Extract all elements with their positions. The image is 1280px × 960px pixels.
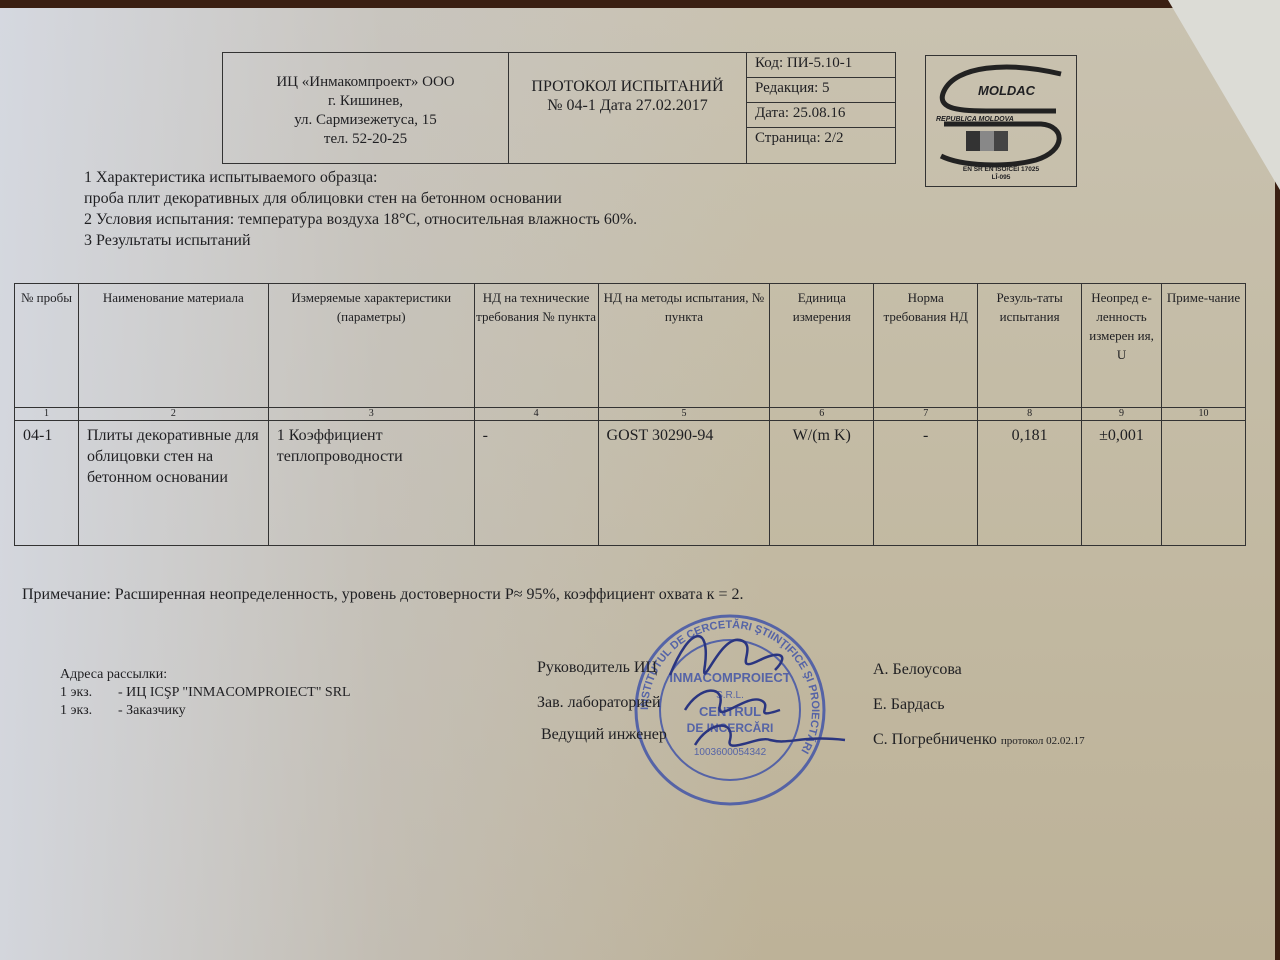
signer-name: С. Погребниченко xyxy=(873,731,997,748)
col-header: Неопред е-ленность измерен ия, U xyxy=(1082,284,1162,408)
doc-page: Страница: 2/2 xyxy=(747,128,895,163)
org-phone: тел. 52-20-25 xyxy=(223,130,508,149)
protocol-number-date: № 04-1 Дата 27.02.2017 xyxy=(509,96,746,115)
col-number: 5 xyxy=(598,408,770,421)
col-number: 2 xyxy=(78,408,268,421)
unit: W/(m K) xyxy=(770,421,874,546)
nd-requirements: - xyxy=(474,421,598,546)
col-number: 1 xyxy=(15,408,79,421)
remark xyxy=(1162,421,1246,546)
signature-role: Руководитель ИЦ xyxy=(537,659,657,677)
org-block: ИЦ «Инмакомпроект» ООО г. Кишинев, ул. С… xyxy=(223,53,509,163)
meta-block: Код: ПИ-5.10-1 Редакция: 5 Дата: 25.08.1… xyxy=(747,53,895,163)
distribution-item: 1 экз.- Заказчику xyxy=(60,702,351,720)
col-number: 6 xyxy=(770,408,874,421)
signer-note: протокол 02.02.17 xyxy=(1001,735,1085,747)
signer-name-with-note: С. Погребниченко протокол 02.02.17 xyxy=(873,731,1085,749)
protocol-header: ИЦ «Инмакомпроект» ООО г. Кишинев, ул. С… xyxy=(222,52,896,164)
sample-number: 04-1 xyxy=(15,421,79,546)
col-number: 3 xyxy=(268,408,474,421)
logo-subtitle: REPUBLICA MOLDOVA xyxy=(936,116,1014,123)
protocol-title: ПРОТОКОЛ ИСПЫТАНИЙ xyxy=(509,77,746,96)
logo-standard-line1: EN SR EN ISO/CEI 17025 xyxy=(926,166,1076,174)
col-header: Единица измерения xyxy=(770,284,874,408)
distribution-title: Адреса рассылки: xyxy=(60,666,351,684)
col-number: 4 xyxy=(474,408,598,421)
org-street: ул. Сармизежетуса, 15 xyxy=(223,111,508,130)
logo-standard: EN SR EN ISO/CEI 17025 LÎ-095 xyxy=(926,166,1076,182)
measured-parameter: 1 Коэффициент теплопроводности xyxy=(268,421,474,546)
section-3: 3 Результаты испытаний xyxy=(84,231,251,251)
col-header: Резуль-таты испытания xyxy=(978,284,1082,408)
nd-methods: GOST 30290-94 xyxy=(598,421,770,546)
doc-revision: Редакция: 5 xyxy=(747,78,895,103)
distribution-item: 1 экз.- ИЦ ICŞP "INMACOMPROIECT" SRL xyxy=(60,684,351,702)
col-number: 8 xyxy=(978,408,1082,421)
distribution-list: Адреса рассылки: 1 экз.- ИЦ ICŞP "INMACO… xyxy=(60,666,351,720)
logo-standard-line2: LÎ-095 xyxy=(926,174,1076,182)
signer-name: А. Белоусова xyxy=(873,661,962,679)
recipient: - Заказчику xyxy=(118,703,186,718)
signer-name: Е. Бардась xyxy=(873,696,945,714)
doc-code: Код: ПИ-5.10-1 xyxy=(747,53,895,78)
footnote: Примечание: Расширенная неопределенность… xyxy=(22,586,743,604)
col-number: 10 xyxy=(1162,408,1246,421)
col-header: НД на методы испытания, № пункта xyxy=(598,284,770,408)
col-number: 9 xyxy=(1082,408,1162,421)
copies: 1 экз. xyxy=(60,684,118,702)
title-block: ПРОТОКОЛ ИСПЫТАНИЙ № 04-1 Дата 27.02.201… xyxy=(509,53,747,163)
copies: 1 экз. xyxy=(60,702,118,720)
org-city: г. Кишинев, xyxy=(223,92,508,111)
recipient: - ИЦ ICŞP "INMACOMPROIECT" SRL xyxy=(118,685,351,700)
org-name: ИЦ «Инмакомпроект» ООО xyxy=(223,73,508,92)
uncertainty: ±0,001 xyxy=(1082,421,1162,546)
doc-date: Дата: 25.08.16 xyxy=(747,103,895,128)
col-header: НД на технические требования № пункта xyxy=(474,284,598,408)
col-header: Наименование материала xyxy=(78,284,268,408)
section-1-title: 1 Характеристика испытываемого образца: xyxy=(84,168,378,188)
col-header: Приме-чание xyxy=(1162,284,1246,408)
result: 0,181 xyxy=(978,421,1082,546)
norm: - xyxy=(874,421,978,546)
signature-role: Ведущий инженер xyxy=(541,726,667,744)
table-header-row: № пробы Наименование материала Измеряемы… xyxy=(15,284,1246,408)
col-header: № пробы xyxy=(15,284,79,408)
logo-title: MOLDAC xyxy=(978,83,1035,98)
results-table: № пробы Наименование материала Измеряемы… xyxy=(14,283,1246,546)
table-row: 04-1 Плиты декоративные для облицовки ст… xyxy=(15,421,1246,546)
signature-role: Зав. лабораторией xyxy=(537,694,661,712)
column-number-row: 1 2 3 4 5 6 7 8 9 10 xyxy=(15,408,1246,421)
col-header: Норма требования НД xyxy=(874,284,978,408)
material-name: Плиты декоративные для облицовки стен на… xyxy=(78,421,268,546)
col-number: 7 xyxy=(874,408,978,421)
moldac-logo: MOLDAC REPUBLICA MOLDOVA EN SR EN ISO/CE… xyxy=(925,55,1077,187)
section-1-text: проба плит декоративных для облицовки ст… xyxy=(84,189,562,209)
col-header: Измеряемые характеристики (параметры) xyxy=(268,284,474,408)
section-2: 2 Условия испытания: температура воздуха… xyxy=(84,210,637,230)
handwritten-signature-icon xyxy=(650,615,850,765)
